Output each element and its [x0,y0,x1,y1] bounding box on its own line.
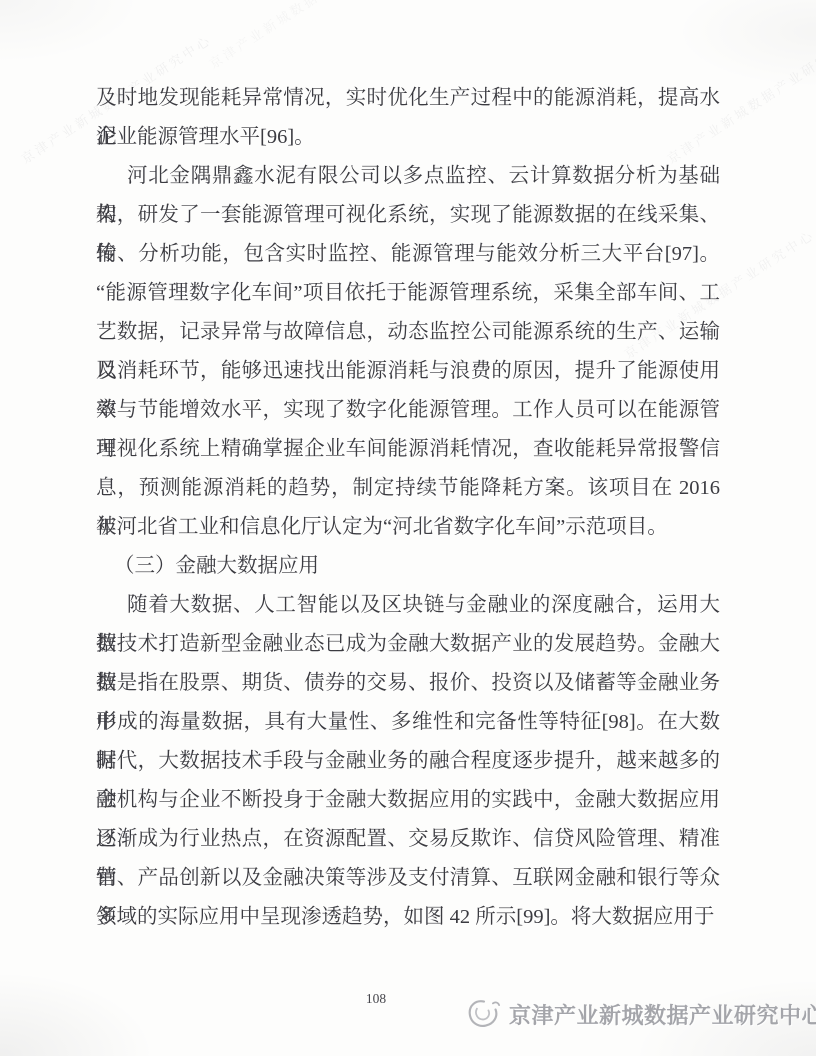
text-line: 企业能源管理水平[96]。 [96,118,720,157]
text-line: 及时地发现能耗异常情况，实时优化生产过程中的能源消耗，提高水泥 [96,79,720,118]
paragraph: 随着大数据、人工智能以及区块链与金融业的深度融合，运用大数据技术打造新型金融业态… [96,586,720,937]
research-center-logo-icon [466,998,502,1030]
text-line: 逐渐成为行业热点，在资源配置、交易反欺诈、信贷风险管理、精准营 [96,820,720,859]
text-line: 据技术打造新型金融业态已成为金融大数据产业的发展趋势。金融大数 [96,625,720,664]
text-line: 息，预测能源消耗的趋势，制定持续节能降耗方案。该项目在 2016 年 [96,469,720,508]
text-line: 被河北省工业和信息化厅认定为“河北省数字化车间”示范项目。 [96,508,720,547]
text-line: 据是指在股票、期货、债券的交易、报价、投资以及储蓄等金融业务中 [96,664,720,703]
text-line: 融机构与企业不断投身于金融大数据应用的实践中，金融大数据应用已 [96,781,720,820]
paragraph: 及时地发现能耗异常情况，实时优化生产过程中的能源消耗，提高水泥企业能源管理水平[… [96,79,720,157]
document-page: 京津产业新城数据产业研究中心 京津产业新城数据产业研究中心 京津产业新城数据产业… [0,0,816,1056]
paragraph: 河北金隅鼎鑫水泥有限公司以多点监控、云计算数据分析为基础架构，研发了一套能源管理… [96,157,720,547]
footer-brand: 京津产业新城数据产业研究中心 [466,998,816,1030]
text-line: 及消耗环节，能够迅速找出能源消耗与浪费的原因，提升了能源使用效 [96,352,720,391]
text-line: 形成的海量数据，具有大量性、多维性和完备性等特征[98]。在大数据 [96,703,720,742]
text-line: 随着大数据、人工智能以及区块链与金融业的深度融合，运用大数 [96,586,720,625]
text-line: 领域的实际应用中呈现渗透趋势，如图 42 所示[99]。将大数据应用于 [96,898,720,937]
text-line: 河北金隅鼎鑫水泥有限公司以多点监控、云计算数据分析为基础架 [96,157,720,196]
document-body: 及时地发现能耗异常情况，实时优化生产过程中的能源消耗，提高水泥企业能源管理水平[… [96,79,720,937]
text-line: 销、产品创新以及金融决策等涉及支付清算、互联网金融和银行等众多 [96,859,720,898]
section-heading: （三）金融大数据应用 [96,547,720,586]
text-line: 率与节能增效水平，实现了数字化能源管理。工作人员可以在能源管理 [96,391,720,430]
research-center-name: 京津产业新城数据产业研究中心 [509,999,816,1030]
text-line: 艺数据，记录异常与故障信息，动态监控公司能源系统的生产、运输以 [96,313,720,352]
diagonal-watermark: 京津产业新城数据产业研究中心 [205,0,403,72]
text-line: 可视化系统上精确掌握企业车间能源消耗情况，查收能耗异常报警信 [96,430,720,469]
page-number: 108 [356,991,396,1007]
text-line: （三）金融大数据应用 [96,547,720,586]
text-line: “能源管理数字化车间”项目依托于能源管理系统，采集全部车间、工 [96,274,720,313]
text-line: 构，研发了一套能源管理可视化系统，实现了能源数据的在线采集、传 [96,196,720,235]
text-line: 时代，大数据技术手段与金融业务的融合程度逐步提升，越来越多的金 [96,742,720,781]
text-line: 输、分析功能，包含实时监控、能源管理与能效分析三大平台[97]。 [96,235,720,274]
